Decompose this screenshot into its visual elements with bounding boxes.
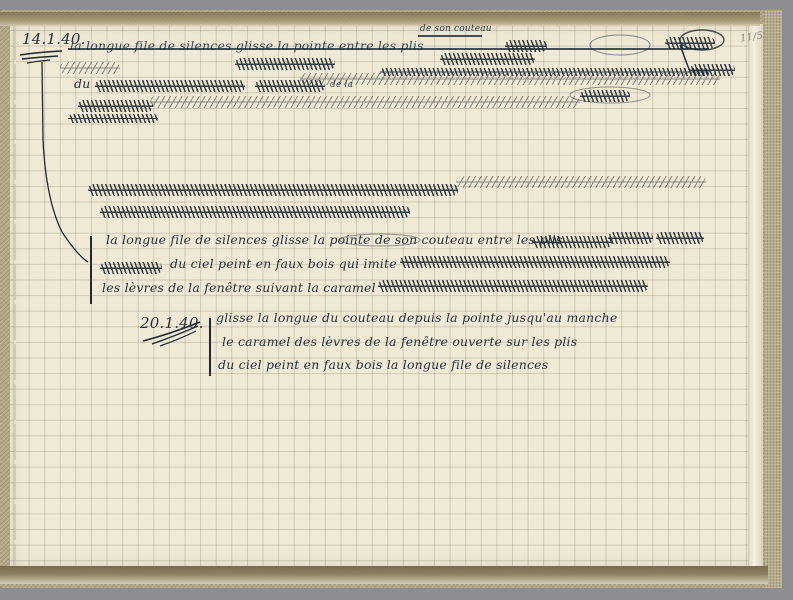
margin-bracket <box>90 236 92 304</box>
ink-scribble <box>100 206 410 218</box>
strike-through <box>418 35 482 37</box>
entry2-line-2: le caramel des lèvres de la fenêtre ouve… <box>222 334 577 349</box>
ink-scribble <box>380 68 710 76</box>
ink-scribble <box>580 90 630 102</box>
ink-scribble <box>235 58 335 70</box>
ink-scribble <box>88 184 458 196</box>
draft-line-1: la longue file de silences glisse la poi… <box>106 232 562 247</box>
interlinear-addition: de son couteau <box>420 24 492 34</box>
ink-scribble <box>456 176 706 188</box>
draft-line-2: du ciel peint en faux bois qui imite <box>170 256 397 271</box>
entry2-line-3: du ciel peint en faux bois la longue fil… <box>218 357 548 372</box>
entry2-line-1: glisse la longue du couteau depuis la po… <box>216 310 617 325</box>
ink-scribble <box>68 114 158 123</box>
ink-scribble <box>95 80 245 92</box>
ink-scribble <box>378 280 648 292</box>
ink-scribble <box>532 236 612 248</box>
margin-bracket <box>209 318 211 376</box>
ink-scribble <box>60 62 120 74</box>
ink-scribble <box>440 53 535 65</box>
crossed-line-1: la longue file de silences glisse la poi… <box>70 38 424 53</box>
ink-scribble <box>100 262 162 274</box>
ink-scribble <box>656 232 704 244</box>
ink-scribble <box>400 256 670 268</box>
crossed-fragment-1: du <box>74 76 90 91</box>
ink-scribble <box>665 37 715 49</box>
entry-date-2: 20.1.40. <box>140 314 204 332</box>
ink-scribble <box>78 100 153 112</box>
ink-scribble <box>608 232 653 244</box>
strike-through <box>68 48 708 50</box>
ink-scribble <box>505 40 547 52</box>
ink-scribble <box>150 96 580 108</box>
draft-line-3: les lèvres de la fenêtre suivant la cara… <box>102 280 376 295</box>
ink-scribble <box>690 64 735 76</box>
